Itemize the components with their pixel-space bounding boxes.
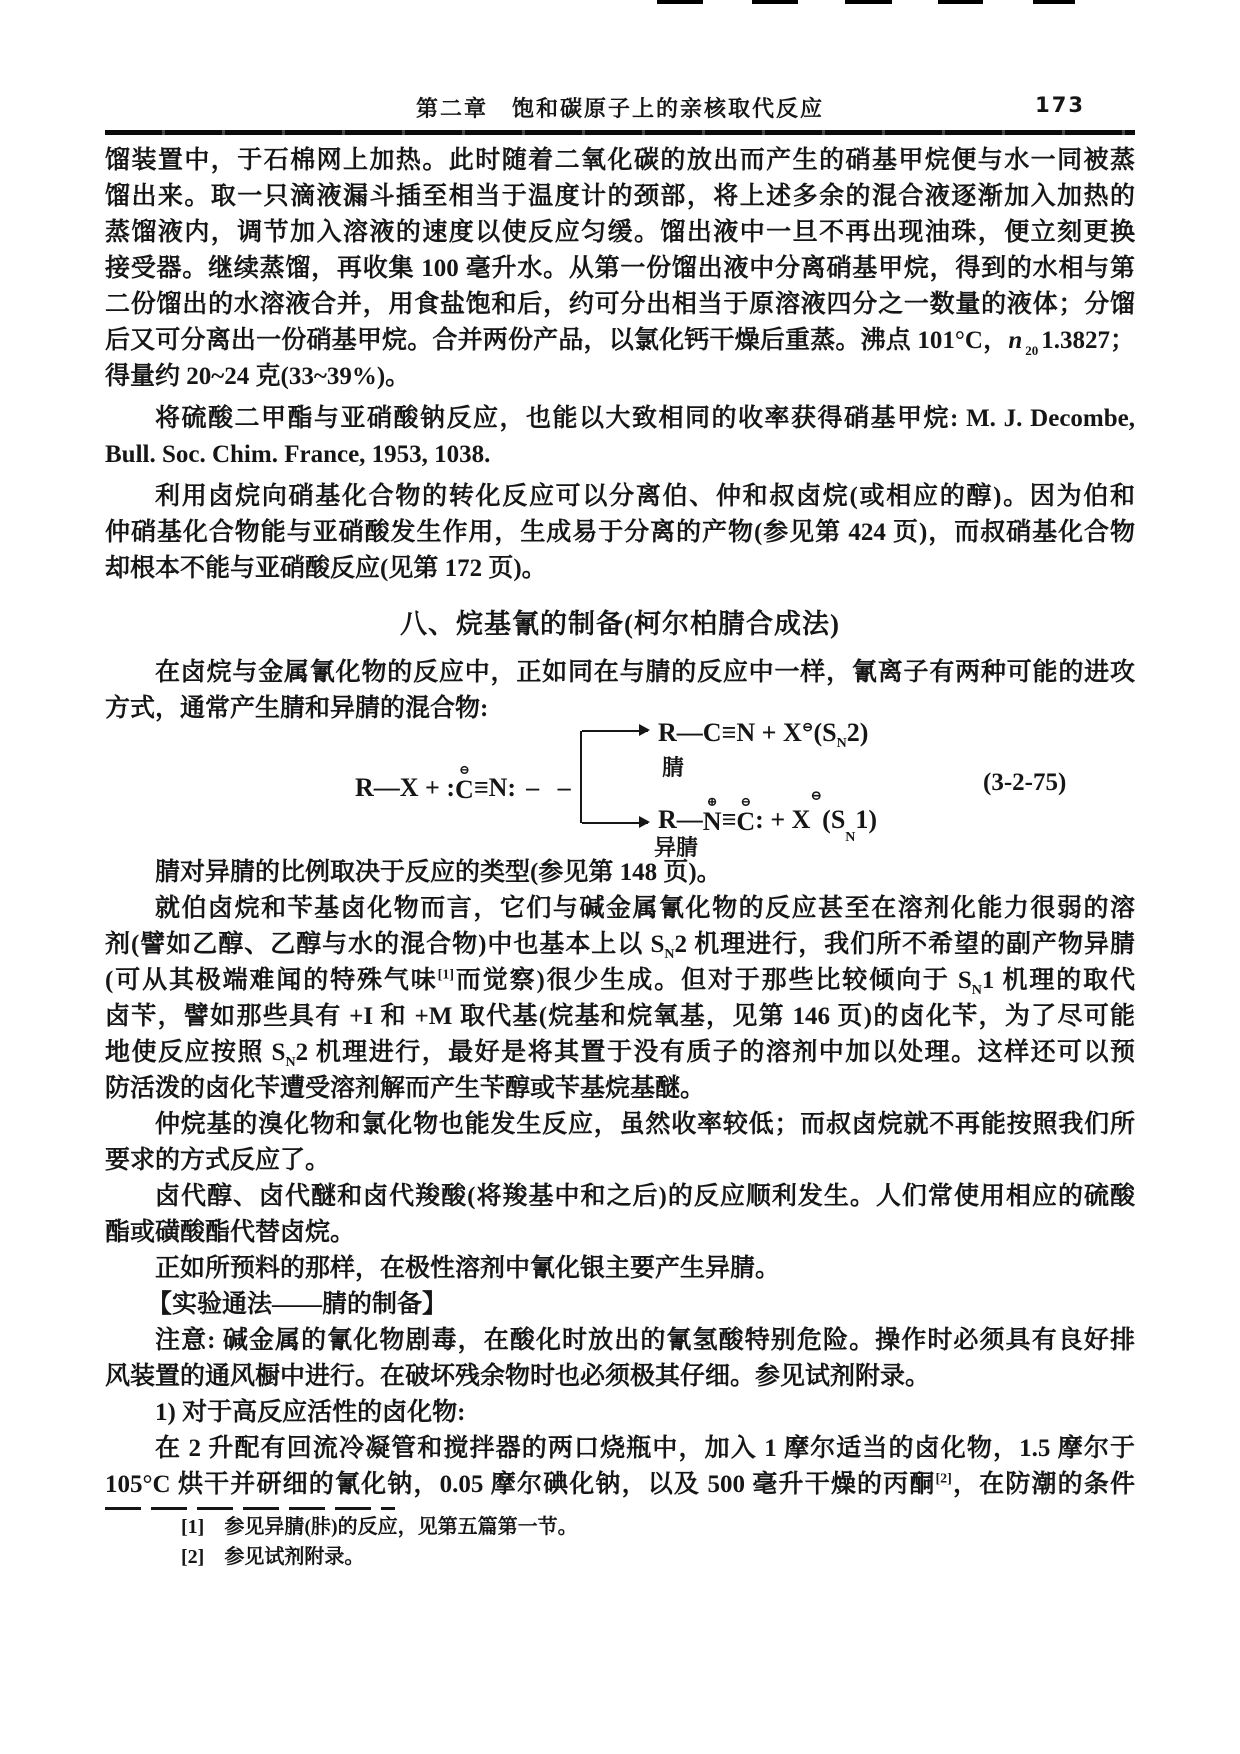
text-segment: 仲烷基的溴化物和氯化物也能发生反应，虽然收率较低；而叔卤烷就不再能按照我们所 bbox=[155, 1111, 1135, 1138]
text-segment: 风装置的通风橱中进行。在破坏残余物时也必须极其仔细。参见试剂附录。 bbox=[105, 1363, 930, 1390]
page-number: 173 bbox=[1035, 93, 1085, 117]
text-line: 仲硝基化合物能与亚硝酸发生作用，生成易于分离的产物(参见第 424 页)，而叔硝… bbox=[105, 515, 1135, 551]
text-segment: C bbox=[736, 809, 755, 835]
text-segment: 卤代醇、卤代醚和卤代羧酸(将羧基中和之后)的反应顺利发生。人们常使用相应的硫酸 bbox=[155, 1183, 1135, 1210]
reaction-scheme: R—X + :⊖C≡N:– – R—C≡N + X⊖(SN2) 腈 R—⊕N≡⊖… bbox=[105, 717, 1135, 847]
text-segment: 剂(譬如乙醇、乙醇与水的混合物)中也基本上以 S bbox=[105, 931, 664, 958]
text-segment: ≡N: bbox=[474, 774, 516, 803]
text-segment: 防活泼的卤化苄遭受溶剂解而产生苄醇或苄基烷基醚。 bbox=[105, 1075, 705, 1102]
carbon-charge-stack: ⊖C bbox=[736, 795, 755, 835]
scan-artifact-dash bbox=[938, 0, 983, 4]
text-segment: 2 机理进行，最好是将其置于没有质子的溶剂中加以处理。这样还可以预 bbox=[296, 1039, 1135, 1066]
text-segment: 腈对异腈的比例取决于反应的类型(参见第 148 页)。 bbox=[155, 859, 722, 886]
text-line: 馏装置中，于石棉网上加热。此时随着二氧化碳的放出而产生的硝基甲烷便与水一同被蒸 bbox=[105, 143, 1135, 179]
text-segment: 地使反应按照 S bbox=[105, 1039, 285, 1066]
text-segment: [2] bbox=[181, 1546, 204, 1568]
text-segment: 得量约 20~24 克(33~39%)。 bbox=[105, 363, 410, 390]
text-segment: 正如所预料的那样，在极性溶剂中氰化银主要产生异腈。 bbox=[155, 1255, 780, 1282]
arrow-right-icon bbox=[582, 730, 648, 732]
text-line: 剂(譬如乙醇、乙醇与水的混合物)中也基本上以 SN2 机理进行，我们所不希望的副… bbox=[105, 927, 1135, 963]
subscript: N bbox=[972, 983, 982, 998]
text-segment: 卤苄，譬如那些具有 +I 和 +M 取代基(烷基和烷氧基，见第 146 页)的卤… bbox=[105, 1003, 1135, 1030]
text-segment: C bbox=[455, 777, 474, 803]
text-segment: (可从其极端难闻的特殊气味 bbox=[105, 967, 438, 994]
text-line: 正如所预料的那样，在极性溶剂中氰化银主要产生异腈。 bbox=[105, 1251, 1135, 1287]
footnote-rule bbox=[105, 1507, 395, 1510]
footnotes: [1] 参见异腈(胩)的反应，见第五篇第一节。[2] 参见试剂附录。 bbox=[105, 1512, 1135, 1572]
footnote-marker: [2] bbox=[936, 1472, 952, 1487]
text-segment: 在 2 升配有回流冷凝管和搅拌器的两口烧瓶中，加入 1 摩尔适当的卤化物，1.5… bbox=[155, 1435, 1135, 1462]
header-rule bbox=[105, 130, 1135, 135]
text-segment: 仲硝基化合物能与亚硝酸发生作用，生成易于分离的产物(参见第 424 页)，而叔硝… bbox=[105, 519, 1135, 546]
text-segment: 参见异腈(胩)的反应，见第五篇第一节。 bbox=[204, 1516, 577, 1538]
text-segment: (S bbox=[822, 806, 845, 835]
footnote-marker: [1] bbox=[438, 968, 454, 983]
text-segment: n bbox=[1008, 327, 1022, 354]
text-segment: Bull. Soc. Chim. France, 1953, 1038. bbox=[105, 441, 490, 468]
text-segment: 八、烷基氰的制备(柯尔柏腈合成法) bbox=[400, 609, 840, 639]
text-segment: 2) bbox=[847, 718, 869, 747]
section-heading: 八、烷基氰的制备(柯尔柏腈合成法) bbox=[105, 601, 1135, 647]
arrow-right-icon bbox=[582, 822, 648, 824]
text-segment: 105°C 烘干并研细的氰化钠，0.05 摩尔碘化钠，以及 500 毫升干燥的丙… bbox=[105, 1471, 936, 1498]
scheme-bracket-line bbox=[580, 731, 582, 823]
carbanion-charge-stack: ⊖C bbox=[455, 763, 474, 803]
text-line: 将硫酸二甲酯与亚硝酸钠反应，也能以大致相同的收率获得硝基甲烷: M. J. De… bbox=[105, 401, 1135, 437]
text-segment: 就伯卤烷和苄基卤化物而言，它们与碱金属氰化物的反应甚至在溶剂化能力很弱的溶 bbox=[155, 895, 1135, 922]
text-segment: (S bbox=[813, 718, 836, 747]
text-line: (可从其极端难闻的特殊气味[1]而觉察)很少生成。但对于那些比较倾向于 SN1 … bbox=[105, 963, 1135, 999]
text-line: 后又可分离出一份硝基甲烷。合并两份产品，以氯化钙干燥后重蒸。沸点 101°C，n… bbox=[105, 323, 1135, 359]
text-segment: 注意: 碱金属的氰化物剧毒，在酸化时放出的氰氢酸特别危险。操作时必须具有良好排 bbox=[155, 1327, 1135, 1354]
text-line: 酯或磺酸酯代替卤烷。 bbox=[105, 1215, 1135, 1251]
bracket-heading: 【实验通法——腈的制备】 bbox=[105, 1287, 1135, 1323]
scan-artifact-dash bbox=[845, 0, 892, 4]
text-segment: N bbox=[703, 809, 722, 835]
nitrogen-charge-stack: ⊕N bbox=[703, 795, 722, 835]
text-segment: 1 机理的取代 bbox=[982, 967, 1135, 994]
list-item-1: 1) 对于高反应活性的卤化物: bbox=[105, 1395, 1135, 1431]
text-segment: 蒸馏液内，调节加入溶液的速度以使反应匀缓。馏出液中一旦不再出现油珠，便立刻更换 bbox=[105, 219, 1135, 246]
text-segment: 在卤烷与金属氰化物的反应中，正如同在与腈的反应中一样，氰离子有两种可能的进攻 bbox=[155, 659, 1135, 686]
text-line: 注意: 碱金属的氰化物剧毒，在酸化时放出的氰氢酸特别危险。操作时必须具有良好排 bbox=[105, 1323, 1135, 1359]
text-segment: 馏出来。取一只滴液漏斗插至相当于温度计的颈部，将上述多余的混合液逐渐加入加热的 bbox=[105, 183, 1135, 210]
scanned-book-page: 第二章 饱和碳原子上的亲核取代反应 173 馏装置中，于石棉网上加热。此时随着二… bbox=[0, 0, 1240, 1754]
text-line: 得量约 20~24 克(33~39%)。 bbox=[105, 359, 1135, 395]
text-segment: 2 机理进行，我们所不希望的副产物异腈 bbox=[675, 931, 1135, 958]
text-segment: 1.3827； bbox=[1041, 327, 1135, 354]
subscript: N bbox=[285, 1055, 295, 1070]
text-segment: 酯或磺酸酯代替卤烷。 bbox=[105, 1219, 355, 1246]
subscript: D bbox=[1025, 357, 1038, 359]
scan-artifact-dash bbox=[1033, 0, 1075, 4]
text-line: 要求的方式反应了。 bbox=[105, 1143, 1135, 1179]
scan-artifact-dash bbox=[657, 0, 703, 4]
text-segment: 却根本不能与亚硝酸反应(见第 172 页)。 bbox=[105, 555, 547, 582]
nitrile-label: 腈 bbox=[662, 751, 684, 782]
text-line: 利用卤烷向硝基化合物的转化反应可以分离伯、仲和叔卤烷(或相应的醇)。因为伯和 bbox=[105, 479, 1135, 515]
footnote-1: [1] 参见异腈(胩)的反应，见第五篇第一节。 bbox=[105, 1512, 1135, 1542]
text-line: 腈对异腈的比例取决于反应的类型(参见第 148 页)。 bbox=[105, 855, 1135, 891]
nitrile-product-formula: R—C≡N + X⊖(SN2) bbox=[658, 719, 868, 748]
text-segment: 二份馏出的水溶液合并，用食盐饱和后，约可分出相当于原溶液四分之一数量的液体；分馏 bbox=[105, 291, 1135, 318]
text-line: 却根本不能与亚硝酸反应(见第 172 页)。 bbox=[105, 551, 1135, 587]
text-segment: 要求的方式反应了。 bbox=[105, 1147, 330, 1174]
text-segment: ≡ bbox=[722, 806, 737, 835]
equation-number: (3-2-75) bbox=[983, 769, 1066, 797]
text-segment: 接受器。继续蒸馏，再收集 100 毫升水。从第一份馏出液中分离硝基甲烷，得到的水… bbox=[105, 255, 1135, 282]
text-line: 就伯卤烷和苄基卤化物而言，它们与碱金属氰化物的反应甚至在溶剂化能力很弱的溶 bbox=[105, 891, 1135, 927]
text-segment: 馏装置中，于石棉网上加热。此时随着二氧化碳的放出而产生的硝基甲烷便与水一同被蒸 bbox=[105, 147, 1135, 174]
text-line: 接受器。继续蒸馏，再收集 100 毫升水。从第一份馏出液中分离硝基甲烷，得到的水… bbox=[105, 251, 1135, 287]
dashed-connector: – – bbox=[526, 774, 577, 803]
text-line: 仲烷基的溴化物和氯化物也能发生反应，虽然收率较低；而叔卤烷就不再能按照我们所 bbox=[105, 1107, 1135, 1143]
text-segment: ，在防潮的条件 bbox=[952, 1471, 1135, 1498]
text-segment: 1) 对于高反应活性的卤化物: bbox=[155, 1399, 465, 1426]
scan-artifact-dash bbox=[752, 0, 798, 4]
text-line: Bull. Soc. Chim. France, 1953, 1038. bbox=[105, 437, 1135, 473]
minus-charge-icon: ⊖ bbox=[802, 720, 814, 735]
text-segment: 利用卤烷向硝基化合物的转化反应可以分离伯、仲和叔卤烷(或相应的醇)。因为伯和 bbox=[155, 483, 1135, 510]
text-line: 风装置的通风橱中进行。在破坏残余物时也必须极其仔细。参见试剂附录。 bbox=[105, 1359, 1135, 1395]
subscript: N bbox=[837, 736, 847, 751]
running-header: 第二章 饱和碳原子上的亲核取代反应 173 bbox=[105, 92, 1135, 118]
text-line: 卤代醇、卤代醚和卤代羧酸(将羧基中和之后)的反应顺利发生。人们常使用相应的硫酸 bbox=[105, 1179, 1135, 1215]
text-line: 馏出来。取一只滴液漏斗插至相当于温度计的颈部，将上述多余的混合液逐渐加入加热的 bbox=[105, 179, 1135, 215]
text-segment: R—C≡N + X bbox=[658, 718, 802, 747]
scheme-reactant: R—X + :⊖C≡N:– – bbox=[355, 763, 577, 803]
text-segment: : + X bbox=[755, 806, 810, 835]
text-line: 在卤烷与金属氰化物的反应中，正如同在与腈的反应中一样，氰离子有两种可能的进攻 bbox=[105, 655, 1135, 691]
text-line: 防活泼的卤化苄遭受溶剂解而产生苄醇或苄基烷基醚。 bbox=[105, 1071, 1135, 1107]
text-segment: 后又可分离出一份硝基甲烷。合并两份产品，以氯化钙干燥后重蒸。沸点 101°C， bbox=[105, 327, 1008, 354]
text-segment: 而觉察)很少生成。但对于那些比较倾向于 S bbox=[454, 967, 972, 994]
text-line: 105°C 烘干并研细的氰化钠，0.05 摩尔碘化钠，以及 500 毫升干燥的丙… bbox=[105, 1467, 1135, 1503]
page-content: 第二章 饱和碳原子上的亲核取代反应 173 馏装置中，于石棉网上加热。此时随着二… bbox=[0, 0, 1240, 1572]
isonitrile-label: 异腈 bbox=[654, 831, 698, 862]
text-segment: 参见试剂附录。 bbox=[204, 1546, 364, 1568]
text-segment: [1] bbox=[181, 1516, 204, 1538]
text-segment: R—X + : bbox=[355, 774, 455, 803]
text-line: 卤苄，譬如那些具有 +I 和 +M 取代基(烷基和烷氧基，见第 146 页)的卤… bbox=[105, 999, 1135, 1035]
subscript: N bbox=[664, 947, 674, 962]
text-line: 蒸馏液内，调节加入溶液的速度以使反应匀缓。馏出液中一旦不再出现油珠，便立刻更换 bbox=[105, 215, 1135, 251]
body-text-upper: 馏装置中，于石棉网上加热。此时随着二氧化碳的放出而产生的硝基甲烷便与水一同被蒸馏… bbox=[105, 143, 1135, 727]
chapter-title: 第二章 饱和碳原子上的亲核取代反应 bbox=[105, 92, 1135, 123]
isonitrile-product-formula: R—⊕N≡⊖C: + X⊖(SN1) bbox=[658, 795, 877, 835]
body-text-lower: 腈对异腈的比例取决于反应的类型(参见第 148 页)。就伯卤烷和苄基卤化物而言，… bbox=[105, 855, 1135, 1503]
n-d-20-notation: 20D bbox=[1025, 344, 1038, 359]
text-segment: 【实验通法——腈的制备】 bbox=[147, 1291, 447, 1318]
text-segment: 1) bbox=[855, 806, 877, 835]
footnote-2: [2] 参见试剂附录。 bbox=[105, 1542, 1135, 1572]
text-segment: 将硫酸二甲酯与亚硝酸钠反应，也能以大致相同的收率获得硝基甲烷: M. J. De… bbox=[155, 405, 1135, 432]
text-line: 在 2 升配有回流冷凝管和搅拌器的两口烧瓶中，加入 1 摩尔适当的卤化物，1.5… bbox=[105, 1431, 1135, 1467]
text-line: 地使反应按照 SN2 机理进行，最好是将其置于没有质子的溶剂中加以处理。这样还可… bbox=[105, 1035, 1135, 1071]
text-line: 二份馏出的水溶液合并，用食盐饱和后，约可分出相当于原溶液四分之一数量的液体；分馏 bbox=[105, 287, 1135, 323]
